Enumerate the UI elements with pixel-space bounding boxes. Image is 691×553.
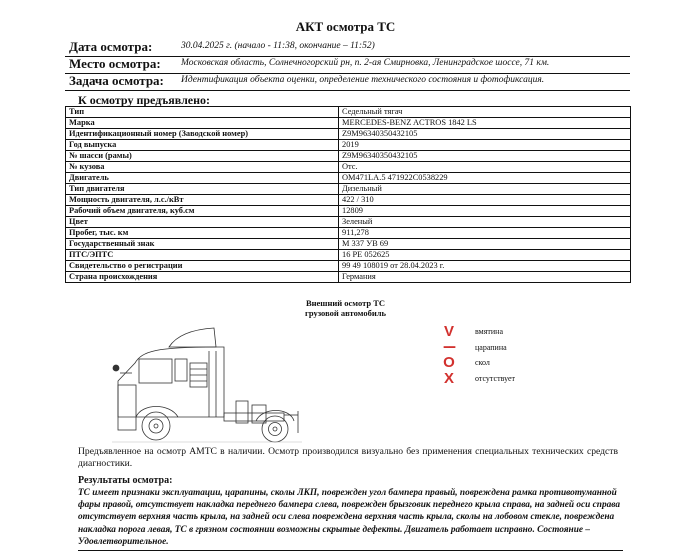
table-row: Год выпуска2019 bbox=[66, 140, 631, 151]
spec-value: Дизельный bbox=[339, 184, 631, 195]
spec-key: ПТС/ЭПТС bbox=[66, 250, 339, 261]
inspection-date-label: Дата осмотра: bbox=[69, 39, 152, 55]
spec-value: 12809 bbox=[339, 206, 631, 217]
spec-value: Зеленый bbox=[339, 217, 631, 228]
spec-key: Мощность двигателя, л.с./кВт bbox=[66, 195, 339, 206]
results-title: Результаты осмотра: bbox=[78, 475, 172, 486]
spec-value: OM471LA.5 471922C0538229 bbox=[339, 173, 631, 184]
table-row: № шасси (рамы)Z9M96340350432105 bbox=[66, 151, 631, 162]
spec-key: Тип bbox=[66, 107, 339, 118]
table-row: ЦветЗеленый bbox=[66, 217, 631, 228]
inspection-task-label: Задача осмотра: bbox=[69, 73, 164, 89]
inspection-note: Предъявленное на осмотр АМТС в наличии. … bbox=[78, 446, 618, 470]
legend-label-dent: вмятина bbox=[475, 327, 503, 336]
legend-label-scratch: царапина bbox=[475, 343, 507, 352]
table-row: ТипСедельный тягач bbox=[66, 107, 631, 118]
table-row: Мощность двигателя, л.с./кВт422 / 310 bbox=[66, 195, 631, 206]
table-row: МаркаMERCEDES-BENZ ACTROS 1842 LS bbox=[66, 118, 631, 129]
spec-key: Год выпуска bbox=[66, 140, 339, 151]
table-row: Государственный знакМ 337 УВ 69 bbox=[66, 239, 631, 250]
table-row: Рабочий объем двигателя, куб.см12809 bbox=[66, 206, 631, 217]
spec-value: Z9M96340350432105 bbox=[339, 151, 631, 162]
vehicle-spec-table: ТипСедельный тягачМаркаMERCEDES-BENZ ACT… bbox=[65, 106, 631, 283]
spec-key: Двигатель bbox=[66, 173, 339, 184]
legend-label-missing: отсутствует bbox=[475, 374, 515, 383]
spec-key: Марка bbox=[66, 118, 339, 129]
results-text: ТС имеет признаки эксплуатации, царапины… bbox=[78, 487, 623, 551]
inspection-task-row: Задача осмотра: Идентификация объекта оц… bbox=[65, 72, 630, 91]
inspection-place-value: Московская область, Солнечногорский рн, … bbox=[181, 58, 549, 68]
inspection-date-value: 30.04.2025 г. (начало - 11:38, окончание… bbox=[181, 41, 375, 51]
chip-mark-icon: O bbox=[440, 355, 458, 370]
spec-value: 2019 bbox=[339, 140, 631, 151]
scratch-mark-icon: ▬ ▬ bbox=[440, 340, 458, 355]
spec-value: Седельный тягач bbox=[339, 107, 631, 118]
legend-label-chip: скол bbox=[475, 358, 490, 367]
table-row: Страна происхожденияГермания bbox=[66, 272, 631, 283]
table-row: Свидетельство о регистрации99 49 108019 … bbox=[66, 261, 631, 272]
missing-mark-icon: X bbox=[440, 371, 458, 386]
table-row: ДвигательOM471LA.5 471922C0538229 bbox=[66, 173, 631, 184]
inspection-task-value: Идентификация объекта оценки, определени… bbox=[181, 75, 544, 85]
spec-key: Цвет bbox=[66, 217, 339, 228]
spec-value: MERCEDES-BENZ ACTROS 1842 LS bbox=[339, 118, 631, 129]
visual-inspection-title-line2: грузовой автомобиль bbox=[0, 308, 691, 318]
table-row: ПТС/ЭПТС16 РЕ 052625 bbox=[66, 250, 631, 261]
spec-value: 911,278 bbox=[339, 228, 631, 239]
spec-value: 16 РЕ 052625 bbox=[339, 250, 631, 261]
dent-mark-icon: V bbox=[440, 324, 458, 339]
table-row: Пробег, тыс. км911,278 bbox=[66, 228, 631, 239]
table-row: № кузоваОтс. bbox=[66, 162, 631, 173]
visual-inspection-title-line1: Внешний осмотр ТС bbox=[0, 298, 691, 308]
spec-key: Идентификационный номер (Заводской номер… bbox=[66, 129, 339, 140]
spec-key: Страна происхождения bbox=[66, 272, 339, 283]
table-row: Тип двигателяДизельный bbox=[66, 184, 631, 195]
spec-key: Рабочий объем двигателя, куб.см bbox=[66, 206, 339, 217]
spec-key: № кузова bbox=[66, 162, 339, 173]
spec-value: 422 / 310 bbox=[339, 195, 631, 206]
spec-value: М 337 УВ 69 bbox=[339, 239, 631, 250]
spec-key: Свидетельство о регистрации bbox=[66, 261, 339, 272]
visual-inspection-title: Внешний осмотр ТС грузовой автомобиль bbox=[0, 298, 691, 318]
spec-value: Отс. bbox=[339, 162, 631, 173]
inspection-place-label: Место осмотра: bbox=[69, 56, 161, 72]
truck-diagram-icon bbox=[112, 325, 302, 443]
spec-key: Пробег, тыс. км bbox=[66, 228, 339, 239]
spec-value: 99 49 108019 от 28.04.2023 г. bbox=[339, 261, 631, 272]
spec-key: Государственный знак bbox=[66, 239, 339, 250]
spec-value: Z9M96340350432105 bbox=[339, 129, 631, 140]
spec-key: № шасси (рамы) bbox=[66, 151, 339, 162]
document-title: АКТ осмотра ТС bbox=[0, 19, 691, 35]
spec-key: Тип двигателя bbox=[66, 184, 339, 195]
spec-value: Германия bbox=[339, 272, 631, 283]
table-row: Идентификационный номер (Заводской номер… bbox=[66, 129, 631, 140]
